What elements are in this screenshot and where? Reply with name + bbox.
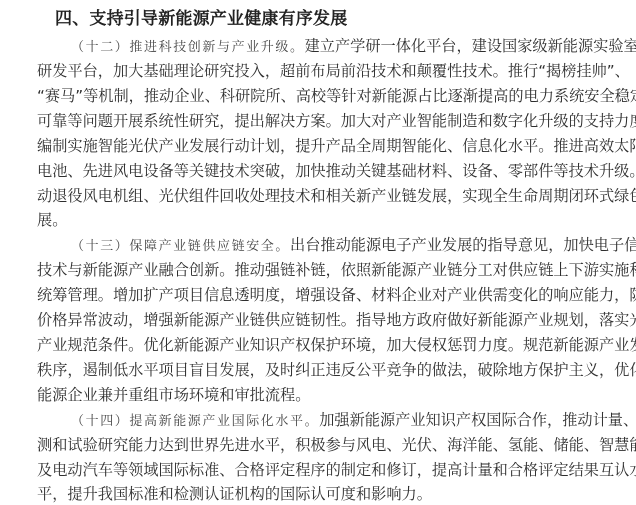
paragraph-14-label: （十四）提高新能源产业国际化水平。 bbox=[71, 414, 319, 429]
paragraph-14-line-3: 及电动汽车等领域国际标准、合格评定程序的制定和修订，提高计量和合格评定结果互认水 bbox=[37, 458, 636, 482]
paragraph-14-text: 加强新能源产业知识产权国际合作，推动计量、检 bbox=[319, 411, 636, 429]
paragraph-14-line-1: （十四）提高新能源产业国际化水平。加强新能源产业知识产权国际合作，推动计量、检 bbox=[71, 408, 636, 432]
paragraph-12-line-5: 编制实施智能光伏产业发展行动计划，提升产品全周期智能化、信息化水平。推进高效太阳… bbox=[37, 134, 636, 158]
paragraph-13-line-2: 技术与新能源产业融合创新。推动强链补链，依照新能源产业链分工对供应链上下游实施科… bbox=[37, 258, 636, 282]
paragraph-13-line-7: 能源企业兼并重组市场环境和审批流程。 bbox=[37, 383, 310, 407]
paragraph-13-line-3: 统筹管理。增加扩产项目信息透明度，增强设备、材料企业对产业供需变化的响应能力，防… bbox=[37, 283, 636, 307]
paragraph-12-text: 建立产学研一体化平台，建设国家级新能源实验室和 bbox=[305, 37, 636, 55]
paragraph-13-line-5: 产业规范条件。优化新能源产业知识产权保护环境，加大侵权惩罚力度。规范新能源产业发… bbox=[37, 333, 636, 357]
paragraph-13-line-4: 价格异常波动，增强新能源产业链供应链韧性。指导地方政府做好新能源产业规划，落实光… bbox=[37, 308, 636, 332]
paragraph-13-line-1: （十三）保障产业链供应链安全。出台推动能源电子产业发展的指导意见，加快电子信息 bbox=[71, 233, 636, 257]
paragraph-12-line-1: （十二）推进科技创新与产业升级。建立产学研一体化平台，建设国家级新能源实验室和 bbox=[71, 34, 636, 58]
paragraph-13-label: （十三）保障产业链供应链安全。 bbox=[71, 239, 290, 254]
paragraph-12-line-7: 动退役风电机组、光伏组件回收处理技术和相关新产业链发展，实现全生命周期闭环式绿色… bbox=[37, 184, 636, 208]
paragraph-12-line-2: 研发平台，加大基础理论研究投入，超前布局前沿技术和颠覆性技术。推行“揭榜挂帅”、 bbox=[37, 59, 630, 83]
paragraph-14-line-4: 平，提升我国标准和检测认证机构的国际认可度和影响力。 bbox=[37, 482, 432, 505]
paragraph-12-line-8: 展。 bbox=[37, 208, 67, 232]
paragraph-13-text: 出台推动能源电子产业发展的指导意见，加快电子信息 bbox=[290, 236, 636, 254]
paragraph-12-label: （十二）推进科技创新与产业升级。 bbox=[71, 40, 305, 55]
paragraph-14-line-2: 测和试验研究能力达到世界先进水平，积极参与风电、光伏、海洋能、氢能、储能、智慧能… bbox=[37, 433, 636, 457]
section-heading: 四、支持引导新能源产业健康有序发展 bbox=[55, 4, 347, 29]
paragraph-12-line-6: 电池、先进风电设备等关键技术突破，加快推动关键基础材料、设备、零部件等技术升级。… bbox=[37, 159, 636, 183]
paragraph-13-line-6: 秩序，遏制低水平项目盲目发展，及时纠正违反公平竞争的做法，破除地方保护主义，优化… bbox=[37, 358, 636, 382]
paragraph-12-line-4: 可靠等问题开展系统性研究，提出解决方案。加大对产业智能制造和数字化升级的支持力度… bbox=[37, 109, 636, 133]
paragraph-12-line-3: “赛马”等机制，推动企业、科研院所、高校等针对新能源占比逐渐提高的电力系统安全稳… bbox=[37, 84, 636, 108]
